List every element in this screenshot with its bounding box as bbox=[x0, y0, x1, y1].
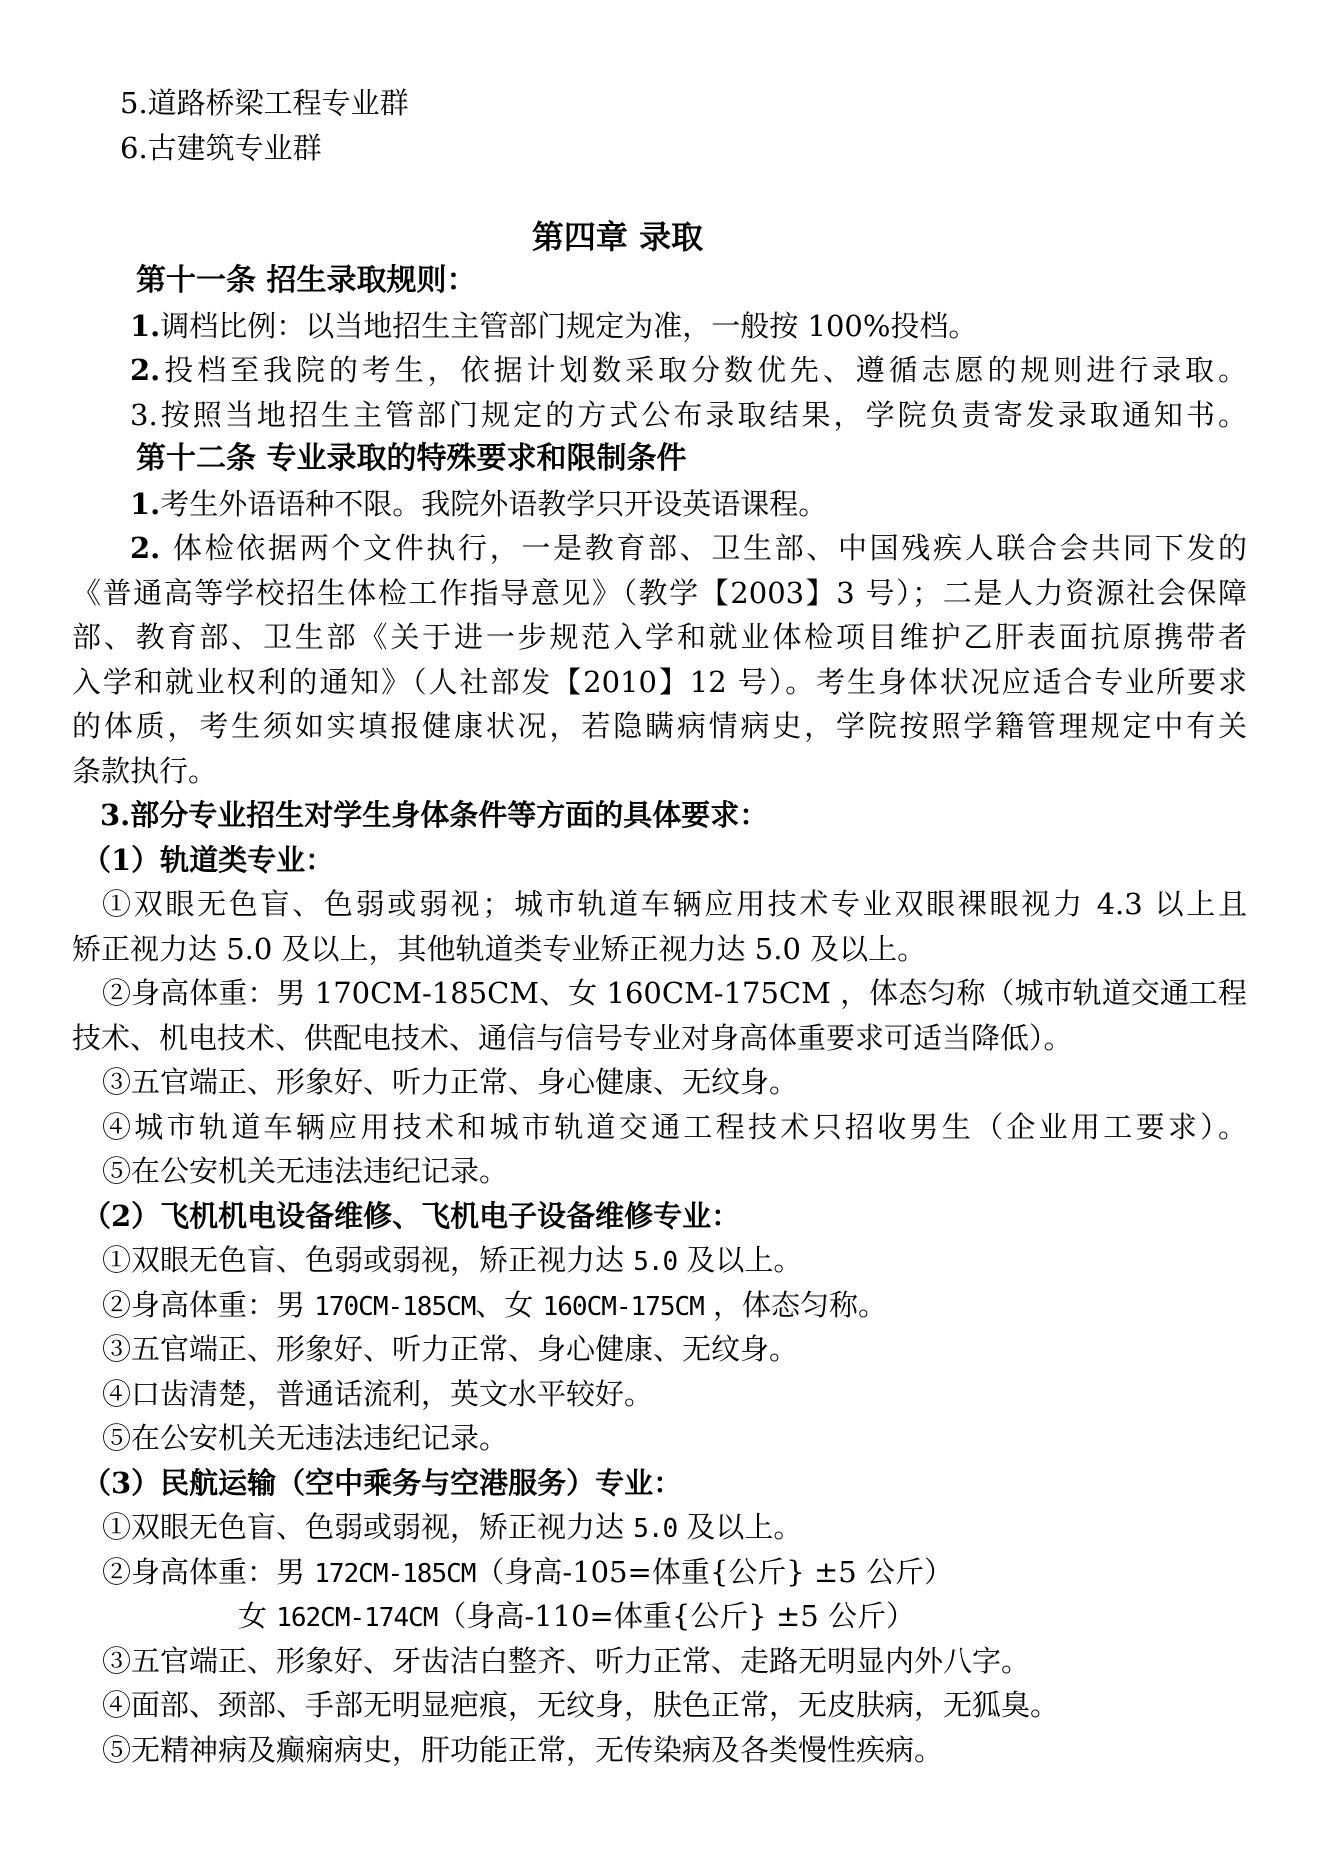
blank-line bbox=[72, 170, 1247, 215]
doc-line-flush: 条款执行。 bbox=[72, 749, 1247, 794]
doc-line-num: 2. 体检依据两个文件执行，一是教育部、卫生部、中国残疾人联合会共同下发的 bbox=[72, 526, 1247, 571]
text-run: （身高-110=体重{公斤} ±5 公斤） bbox=[437, 1599, 915, 1633]
doc-line-hang: 女 162CM-174CM（身高-110=体重{公斤} ±5 公斤） bbox=[72, 1594, 1247, 1639]
doc-line-circ: ④面部、颈部、手部无明显疤痕，无纹身，肤色正常，无皮肤病，无狐臭。 bbox=[72, 1683, 1247, 1728]
text-run: ⑤在公安机关无违法违纪记录。 bbox=[102, 1154, 508, 1188]
doc-line-flush: 矫正视力达 5.0 及以上，其他轨道类专业矫正视力达 5.0 及以上。 bbox=[72, 927, 1247, 972]
text-run: 矫正视力达 5.0 及以上，其他轨道类专业矫正视力达 5.0 及以上。 bbox=[72, 932, 926, 966]
doc-line-circ: ②身高体重：男 170CM-185CM、女 160CM-175CM ，体态匀称。 bbox=[72, 1283, 1247, 1328]
doc-line-plain: 5.道路桥梁工程专业群 bbox=[72, 81, 1247, 126]
doc-line-circ: ①双眼无色盲、色弱或弱视；城市轨道车辆应用技术专业双眼裸眼视力 4.3 以上且 bbox=[72, 882, 1247, 927]
doc-line-plain: 6.古建筑专业群 bbox=[72, 126, 1247, 171]
text-run: 172CM-185CM bbox=[314, 1559, 475, 1589]
doc-line-sub: （2）飞机机电设备维修、飞机电子设备维修专业： bbox=[72, 1194, 1247, 1239]
text-run: 3.部分专业招生对学生身体条件等方面的具体要求： bbox=[100, 798, 768, 832]
text-run: 162CM-174CM bbox=[276, 1603, 437, 1633]
text-run: 女 bbox=[238, 1599, 276, 1633]
text-run: ④口齿清楚，普通话流利，英文水平较好。 bbox=[102, 1377, 653, 1411]
doc-line-num: 3.按照当地招生主管部门规定的方式公布录取结果，学院负责寄发录取通知书。 bbox=[72, 393, 1247, 438]
text-run: 及以上。 bbox=[677, 1243, 802, 1277]
text-run: 《普通高等学校招生体检工作指导意见》（教学【2003】3 号）；二是人力资源社会… bbox=[72, 576, 1247, 610]
text-run: （身高-105=体重{公斤} ±5 公斤） bbox=[475, 1555, 953, 1589]
text-run: 部、教育部、卫生部《关于进一步规范入学和就业体检项目维护乙肝表面抗原携带者 bbox=[72, 620, 1247, 654]
text-run: 1. bbox=[130, 487, 160, 521]
text-run: ②身高体重：男 170CM-185CM、女 160CM-175CM ，体态匀称（… bbox=[102, 976, 1247, 1010]
text-run: （3）民航运输（空中乘务与空港服务）专业： bbox=[82, 1466, 682, 1500]
text-run: 160CM-175CM bbox=[543, 1292, 704, 1322]
text-run: ①双眼无色盲、色弱或弱视；城市轨道车辆应用技术专业双眼裸眼视力 4.3 以上且 bbox=[102, 887, 1247, 921]
text-run: 条款执行。 bbox=[72, 754, 217, 788]
doc-line-num: 2.投档至我院的考生，依据计划数采取分数优先、遵循志愿的规则进行录取。 bbox=[72, 348, 1247, 393]
doc-line-article: 第十一条 招生录取规则： bbox=[72, 259, 1247, 304]
doc-line-circ: ③五官端正、形象好、听力正常、身心健康、无纹身。 bbox=[72, 1327, 1247, 1372]
text-run: 2. bbox=[130, 353, 160, 387]
text-run: 第十二条 专业录取的特殊要求和限制条件 bbox=[136, 441, 686, 476]
doc-line-sub: （3）民航运输（空中乘务与空港服务）专业： bbox=[72, 1461, 1247, 1506]
text-run: ③五官端正、形象好、听力正常、身心健康、无纹身。 bbox=[102, 1332, 798, 1366]
text-run: ②身高体重：男 bbox=[102, 1288, 314, 1322]
doc-line-num: 1.调档比例：以当地招生主管部门规定为准，一般按 100%投档。 bbox=[72, 304, 1247, 349]
text-run: 3.按照当地招生主管部门规定的方式公布录取结果，学院负责寄发录取通知书。 bbox=[130, 398, 1247, 432]
text-run: ④城市轨道车辆应用技术和城市轨道交通工程技术只招收男生（企业用工要求）。 bbox=[102, 1110, 1247, 1144]
doc-line-flush: 技术、机电技术、供配电技术、通信与信号专业对身高体重要求可适当降低）。 bbox=[72, 1016, 1247, 1061]
text-run: 第四章 录取 bbox=[532, 218, 703, 256]
text-run: （2）飞机机电设备维修、飞机电子设备维修专业： bbox=[82, 1199, 740, 1233]
text-run: 第十一条 招生录取规则： bbox=[136, 263, 476, 298]
text-run: ③五官端正、形象好、牙齿洁白整齐、听力正常、走路无明显内外八字。 bbox=[102, 1644, 1030, 1678]
text-run: 1. bbox=[130, 309, 160, 343]
doc-line-article: 第十二条 专业录取的特殊要求和限制条件 bbox=[72, 437, 1247, 482]
text-run: ⑤无精神病及癫痫病史，肝功能正常，无传染病及各类慢性疾病。 bbox=[102, 1733, 943, 1767]
text-run: ②身高体重：男 bbox=[102, 1555, 314, 1589]
doc-line-circ: ⑤在公安机关无违法违纪记录。 bbox=[72, 1149, 1247, 1194]
text-run: 及以上。 bbox=[677, 1510, 802, 1544]
doc-line-circ: ⑤无精神病及癫痫病史，肝功能正常，无传染病及各类慢性疾病。 bbox=[72, 1728, 1247, 1773]
doc-line-chapter: 第四章 录取 bbox=[72, 215, 1247, 260]
text-run: ④面部、颈部、手部无明显疤痕，无纹身，肤色正常，无皮肤病，无狐臭。 bbox=[102, 1688, 1059, 1722]
doc-line-flush: 部、教育部、卫生部《关于进一步规范入学和就业体检项目维护乙肝表面抗原携带者 bbox=[72, 615, 1247, 660]
doc-line-num: 1.考生外语语种不限。我院外语教学只开设英语课程。 bbox=[72, 482, 1247, 527]
text-run: 投档至我院的考生，依据计划数采取分数优先、遵循志愿的规则进行录取。 bbox=[160, 353, 1247, 387]
doc-line-circ: ①双眼无色盲、色弱或弱视，矫正视力达 5.0 及以上。 bbox=[72, 1238, 1247, 1283]
text-run: 5.道路桥梁工程专业群 bbox=[120, 86, 409, 120]
document-page: 5.道路桥梁工程专业群6.古建筑专业群第四章 录取第十一条 招生录取规则：1.调… bbox=[0, 0, 1323, 1871]
text-run: 5.0 bbox=[633, 1514, 677, 1544]
doc-line-circ: ④城市轨道车辆应用技术和城市轨道交通工程技术只招收男生（企业用工要求）。 bbox=[72, 1105, 1247, 1150]
doc-line-bold-num: 3.部分专业招生对学生身体条件等方面的具体要求： bbox=[72, 793, 1247, 838]
text-run: 170CM-185CM bbox=[314, 1292, 475, 1322]
doc-line-circ: ①双眼无色盲、色弱或弱视，矫正视力达 5.0 及以上。 bbox=[72, 1505, 1247, 1550]
text-run: ，体态匀称。 bbox=[704, 1288, 887, 1322]
text-run: 技术、机电技术、供配电技术、通信与信号专业对身高体重要求可适当降低）。 bbox=[72, 1021, 1073, 1055]
text-run: 的体质，考生须如实填报健康状况，若隐瞒病情病史，学院按照学籍管理规定中有关 bbox=[72, 709, 1247, 743]
text-run: 考生外语语种不限。我院外语教学只开设英语课程。 bbox=[160, 487, 827, 521]
text-run: 、女 bbox=[475, 1288, 542, 1322]
doc-line-flush: 《普通高等学校招生体检工作指导意见》（教学【2003】3 号）；二是人力资源社会… bbox=[72, 571, 1247, 616]
doc-line-circ: ②身高体重：男 170CM-185CM、女 160CM-175CM ，体态匀称（… bbox=[72, 971, 1247, 1016]
doc-line-flush: 的体质，考生须如实填报健康状况，若隐瞒病情病史，学院按照学籍管理规定中有关 bbox=[72, 704, 1247, 749]
text-run: ①双眼无色盲、色弱或弱视，矫正视力达 bbox=[102, 1510, 633, 1544]
doc-line-circ: ⑤在公安机关无违法违纪记录。 bbox=[72, 1416, 1247, 1461]
text-run: （1）轨道类专业： bbox=[82, 843, 334, 877]
text-run: 调档比例：以当地招生主管部门规定为准，一般按 100%投档。 bbox=[160, 309, 977, 343]
text-run: 6.古建筑专业群 bbox=[120, 131, 322, 165]
text-run: 体检依据两个文件执行，一是教育部、卫生部、中国残疾人联合会共同下发的 bbox=[173, 531, 1247, 565]
text-run: 5.0 bbox=[633, 1247, 677, 1277]
doc-line-sub: （1）轨道类专业： bbox=[72, 838, 1247, 883]
doc-line-flush: 入学和就业权利的通知》（人社部发【2010】12 号）。考生身体状况应适合专业所… bbox=[72, 660, 1247, 705]
doc-line-circ: ③五官端正、形象好、听力正常、身心健康、无纹身。 bbox=[72, 1060, 1247, 1105]
text-run: 入学和就业权利的通知》（人社部发【2010】12 号）。考生身体状况应适合专业所… bbox=[72, 665, 1247, 699]
doc-line-circ: ③五官端正、形象好、牙齿洁白整齐、听力正常、走路无明显内外八字。 bbox=[72, 1639, 1247, 1684]
doc-line-circ: ②身高体重：男 172CM-185CM（身高-105=体重{公斤} ±5 公斤） bbox=[72, 1550, 1247, 1595]
doc-line-circ: ④口齿清楚，普通话流利，英文水平较好。 bbox=[72, 1372, 1247, 1417]
text-run: ⑤在公安机关无违法违纪记录。 bbox=[102, 1421, 508, 1455]
text-run: ③五官端正、形象好、听力正常、身心健康、无纹身。 bbox=[102, 1065, 798, 1099]
text-run: ①双眼无色盲、色弱或弱视，矫正视力达 bbox=[102, 1243, 633, 1277]
text-run: 2. bbox=[130, 531, 173, 565]
